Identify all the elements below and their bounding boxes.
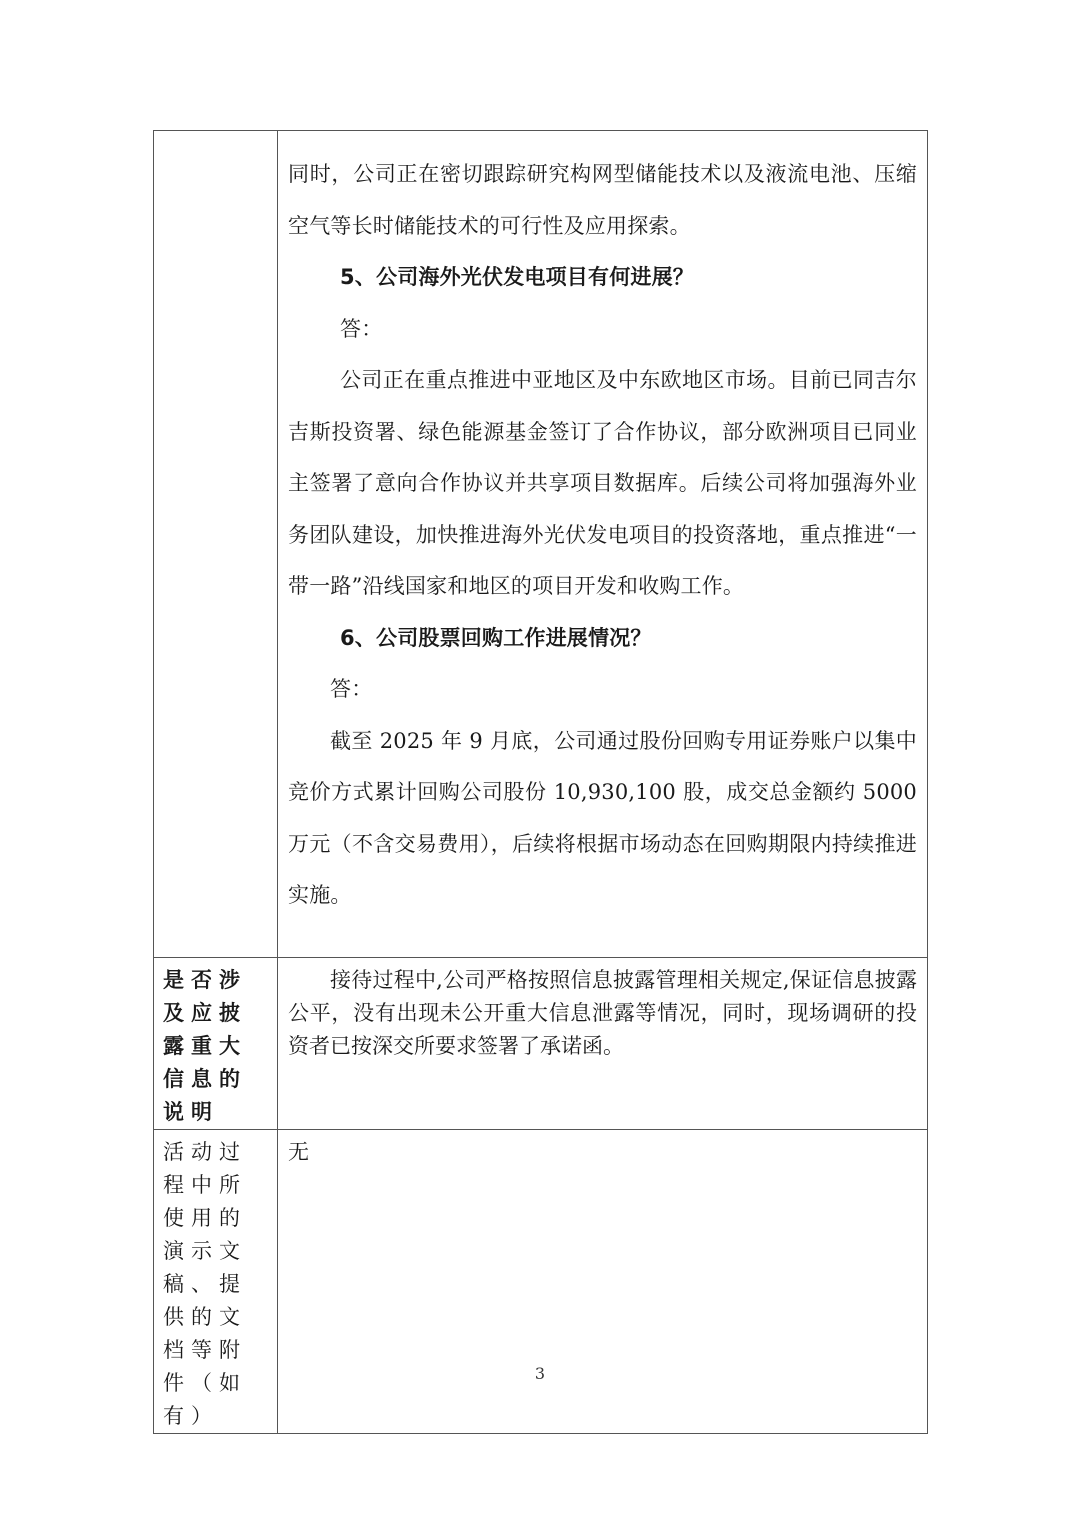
question-5: 5、公司海外光伏发电项目有何进展？ — [288, 252, 917, 304]
disclosure-text: 接待过程中,公司严格按照信息披露管理相关规定,保证信息披露公平，没有出现未公开重… — [288, 964, 917, 1063]
table-row-disclosure: 是否涉及应披露重大信息的说明 接待过程中,公司严格按照信息披露管理相关规定,保证… — [154, 958, 928, 1130]
answer-5-label: 答： — [288, 304, 917, 356]
table-row-attachments: 活动过程中所使用的演示文稿、提供的文档等附件（如有） 无 — [154, 1130, 928, 1434]
table-row-qa: 同时，公司正在密切跟踪研究构网型储能技术以及液流电池、压缩空气等长时储能技术的可… — [154, 131, 928, 958]
disclosure-label: 是否涉及应披露重大信息的说明 — [163, 964, 269, 1129]
investor-relations-table: 同时，公司正在密切跟踪研究构网型储能技术以及液流电池、压缩空气等长时储能技术的可… — [153, 130, 928, 1434]
answer-5-text: 公司正在重点推进中亚地区及中东欧地区市场。目前已同吉尔吉斯投资署、绿色能源基金签… — [288, 355, 917, 613]
attachments-content-cell: 无 — [278, 1130, 928, 1434]
page-number: 3 — [0, 1364, 1080, 1383]
answer-6-text: 截至 2025 年 9 月底，公司通过股份回购专用证券账户以集中竞价方式累计回购… — [288, 716, 917, 922]
qa-content-cell: 同时，公司正在密切跟踪研究构网型储能技术以及液流电池、压缩空气等长时储能技术的可… — [278, 131, 928, 958]
row-label-cell — [154, 131, 278, 958]
answer-6-label: 答： — [288, 664, 917, 716]
attachments-label-cell: 活动过程中所使用的演示文稿、提供的文档等附件（如有） — [154, 1130, 278, 1434]
disclosure-label-cell: 是否涉及应披露重大信息的说明 — [154, 958, 278, 1130]
attachments-text: 无 — [288, 1136, 917, 1169]
storage-tech-paragraph: 同时，公司正在密切跟踪研究构网型储能技术以及液流电池、压缩空气等长时储能技术的可… — [288, 149, 917, 252]
disclosure-content-cell: 接待过程中,公司严格按照信息披露管理相关规定,保证信息披露公平，没有出现未公开重… — [278, 958, 928, 1130]
question-6: 6、公司股票回购工作进展情况？ — [288, 613, 917, 665]
attachments-label: 活动过程中所使用的演示文稿、提供的文档等附件（如有） — [163, 1136, 269, 1433]
